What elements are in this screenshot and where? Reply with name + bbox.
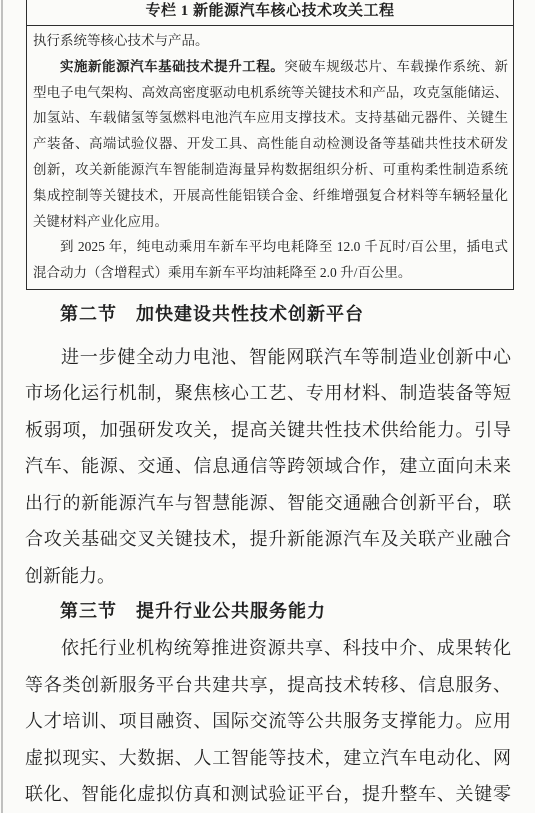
section-2-paragraph: 进一步健全动力电池、智能网联汽车等制造业创新中心市场化运行机制，聚焦核心工艺、专…: [25, 339, 511, 595]
callout-box-body: 执行系统等核心技术与产品。实施新能源汽车基础技术提升工程。突破车规级芯片、车载操…: [27, 26, 513, 289]
bold-run: 实施新能源汽车基础技术提升工程。: [60, 59, 284, 74]
text-line: 联化、智能化虚拟仿真和测试验证平台，提升整车、关键零: [25, 776, 511, 813]
text-line: 加氢站、车载储氢等氢燃料电池汽车应用支撑技术。支持基础元器件、关键生: [33, 105, 508, 131]
text-line: 板弱项，加强研发攻关，提高关键共性技术供给能力。引导: [25, 412, 511, 449]
text-line: 虚拟现实、大数据、人工智能等技术，建立汽车电动化、网: [25, 740, 511, 777]
text-line: 实施新能源汽车基础技术提升工程。突破车规级芯片、车载操作系统、新: [33, 54, 508, 80]
text-line: 集成控制等关键技术，开展高性能铝镁合金、纤维增强复合材料等车辆轻量化: [33, 183, 508, 209]
text-line: 人才培训、项目融资、国际交流等公共服务支撑能力。应用: [25, 703, 511, 740]
text-line: 型电子电气架构、高效高密度驱动电机系统等关键技术和产品，攻克氢能储运、: [33, 80, 508, 106]
section-heading-2: 第二节 加快建设共性技术创新平台: [60, 299, 535, 329]
text-line: 创新能力。: [25, 558, 511, 595]
callout-box: 专栏 1 新能源汽车核心技术攻关工程 执行系统等核心技术与产品。实施新能源汽车基…: [26, 0, 514, 290]
text-line: 到 2025 年，纯电动乘用车新车平均电耗降至 12.0 千瓦时/百公里，插电式: [33, 234, 508, 260]
text-line: 混合动力（含增程式）乘用车新车平均油耗降至 2.0 升/百公里。: [33, 260, 508, 286]
section-heading-3: 第三节 提升行业公共服务能力: [60, 596, 535, 626]
text-line: 出行的新能源汽车与智慧能源、智能交通融合创新平台，联: [25, 485, 511, 522]
text-line: 创新，攻关新能源汽车智能制造海量异构数据组织分析、可重构柔性制造系统: [33, 157, 508, 183]
text-line: 汽车、能源、交通、信息通信等跨领域合作，建立面向未来: [25, 448, 511, 485]
text-line: 产装备、高端试验仪器、开发工具、高性能自动检测设备等基础共性技术研发: [33, 131, 508, 157]
text-line: 合攻关基础交叉关键技术，提升新能源汽车及关联产业融合: [25, 521, 511, 558]
callout-box-title: 专栏 1 新能源汽车核心技术攻关工程: [27, 0, 513, 26]
scan-edge-artifact: [1, 0, 3, 813]
section-3-paragraph: 依托行业机构统筹推进资源共享、科技中介、成果转化等各类创新服务平台共建共享，提高…: [25, 630, 511, 813]
document-page: 专栏 1 新能源汽车核心技术攻关工程 执行系统等核心技术与产品。实施新能源汽车基…: [0, 0, 535, 813]
text-line: 关键材料产业化应用。: [33, 209, 508, 235]
text-line: 等各类创新服务平台共建共享，提高技术转移、信息服务、: [25, 667, 511, 704]
text-line: 依托行业机构统筹推进资源共享、科技中介、成果转化: [25, 630, 511, 667]
text-line: 进一步健全动力电池、智能网联汽车等制造业创新中心: [25, 339, 511, 376]
text-line: 执行系统等核心技术与产品。: [33, 28, 508, 54]
text-line: 市场化运行机制，聚焦核心工艺、专用材料、制造装备等短: [25, 375, 511, 412]
